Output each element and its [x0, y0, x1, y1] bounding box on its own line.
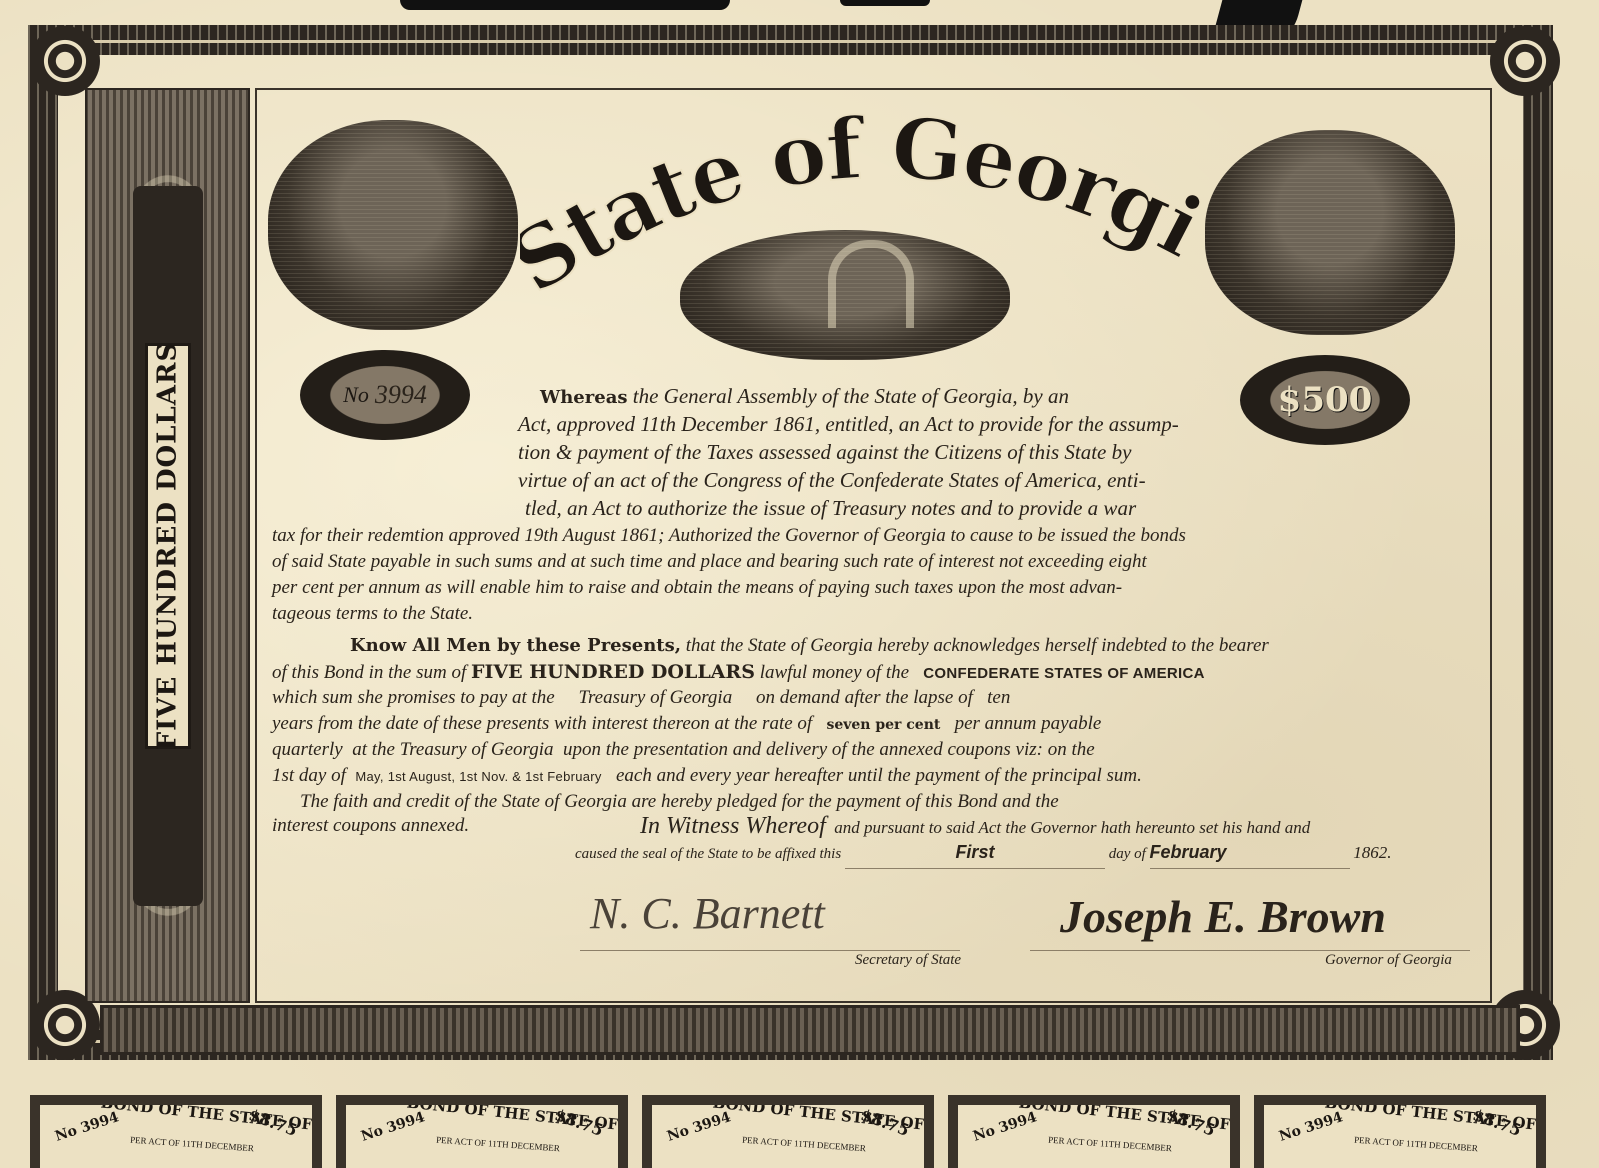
- preamble-line-9: tageous terms to the State.: [272, 598, 473, 630]
- corner-ornament: [1490, 26, 1560, 96]
- issue-month: February: [1150, 836, 1350, 869]
- coupon-dates: May, 1st August, 1st Nov. & 1st February: [355, 769, 601, 784]
- document-title: State of Georgia: [520, 100, 1220, 300]
- coupon-value: $8.75: [858, 1105, 912, 1140]
- coupon-strip: No 3994 BOND OF THE STATE OF GEORGIA PER…: [30, 1095, 1570, 1168]
- serial-number-cartouche: No 3994: [300, 350, 470, 440]
- issue-day: First: [845, 836, 1105, 869]
- obligation-line-8: interest coupons annexed.: [272, 810, 469, 842]
- coupon: No 3994 BOND OF THE STATE OF GEORGIA PER…: [336, 1095, 628, 1168]
- coupon: No 3994 BOND OF THE STATE OF GEORGIA PER…: [30, 1095, 322, 1168]
- coupon-value: $8.75: [1164, 1105, 1218, 1140]
- bottom-border-band: [100, 1005, 1520, 1055]
- obligation-lead: Know All Men by these Presents,: [350, 635, 681, 656]
- coupon-subtitle: PER ACT OF 11TH DECEMBER: [1354, 1135, 1478, 1154]
- vignette-industry-scene: [268, 120, 518, 330]
- signature-secretary: N. C. Barnett: [590, 888, 825, 939]
- issue-year: 1862.: [1353, 843, 1391, 862]
- corner-ornament: [30, 26, 100, 96]
- signature-line: [1030, 950, 1470, 951]
- side-label-box: FIVE HUNDRED DOLLARS: [145, 343, 191, 749]
- coupon-number: No 3994: [53, 1109, 121, 1145]
- torn-edge: [400, 0, 730, 10]
- title-arc: State of Georgia: [520, 100, 1220, 300]
- payment-place: Treasury of Georgia: [578, 687, 732, 708]
- vignette-artillery-scene: [1205, 130, 1455, 335]
- denomination-side-panel: FIVE HUNDRED DOLLARS: [85, 88, 250, 1003]
- border-rule: [60, 40, 1520, 43]
- coupon-number: No 3994: [971, 1109, 1039, 1145]
- interest-rate: seven per cent: [826, 717, 940, 733]
- coupon-subtitle: PER ACT OF 11TH DECEMBER: [130, 1135, 254, 1154]
- signature-governor: Joseph E. Brown: [1060, 890, 1386, 943]
- coupon: No 3994 BOND OF THE STATE OF GEORGIA PER…: [642, 1095, 934, 1168]
- svg-text:State of Georgia: State of Georgia: [520, 100, 1216, 300]
- serial-number: 3994: [375, 380, 427, 410]
- coupon-value: $8.75: [1470, 1105, 1524, 1140]
- coupon-number: No 3994: [1277, 1109, 1345, 1145]
- signature-secretary-title: Secretary of State: [855, 952, 961, 969]
- coupon-subtitle: PER ACT OF 11TH DECEMBER: [1048, 1135, 1172, 1154]
- title-text: State of Georgia: [520, 100, 1216, 300]
- coupon-value: $8.75: [246, 1105, 300, 1140]
- amount-text: FIVE HUNDRED DOLLARS: [471, 661, 755, 683]
- payment-frequency: quarterly: [272, 739, 343, 760]
- coupon-subtitle: PER ACT OF 11TH DECEMBER: [436, 1135, 560, 1154]
- coupon-subtitle: PER ACT OF 11TH DECEMBER: [742, 1135, 866, 1154]
- preamble-lead: Whereas: [540, 387, 628, 408]
- attestation-line-2: caused the seal of the State to be affix…: [575, 836, 1392, 870]
- coupon-number: No 3994: [665, 1109, 733, 1145]
- coupon: No 3994 BOND OF THE STATE OF GEORGIA PER…: [1254, 1095, 1546, 1168]
- signature-governor-title: Governor of Georgia: [1325, 952, 1452, 969]
- currency-text: CONFEDERATE STATES OF AMERICA: [923, 665, 1204, 682]
- denomination-value: $500: [1278, 380, 1373, 420]
- term-years: ten: [987, 687, 1010, 708]
- coupon-value: $8.75: [552, 1105, 606, 1140]
- coupon: No 3994 BOND OF THE STATE OF GEORGIA PER…: [948, 1095, 1240, 1168]
- coupon-number: No 3994: [359, 1109, 427, 1145]
- denomination-cartouche: $500: [1240, 355, 1410, 445]
- signature-line: [580, 950, 960, 951]
- side-label-frame: FIVE HUNDRED DOLLARS: [133, 186, 203, 906]
- serial-prefix: No: [343, 382, 369, 408]
- side-denomination-text: FIVE HUNDRED DOLLARS: [153, 341, 183, 750]
- torn-edge: [840, 0, 930, 6]
